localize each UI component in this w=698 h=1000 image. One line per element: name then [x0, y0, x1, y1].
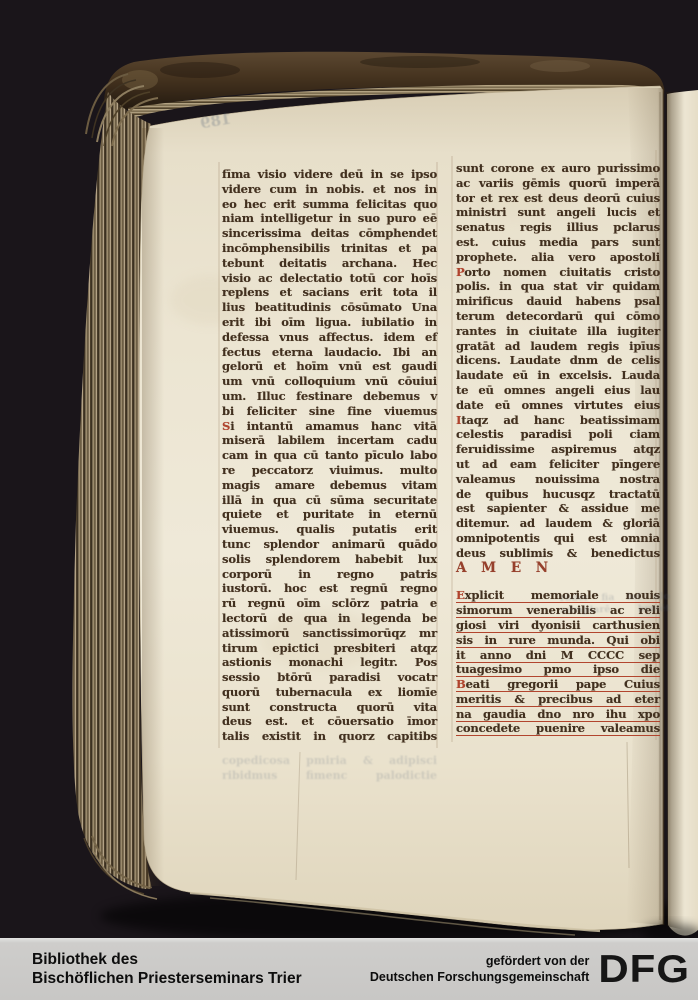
- manuscript-text-line: defessa vnus affectus. idem ef: [222, 330, 437, 345]
- manuscript-text-line: bi feliciter sine fine viuemus: [222, 404, 437, 419]
- manuscript-text-line: sunt corone ex auro purissimo: [456, 161, 660, 176]
- manuscript-text-line: est sapienter & assidue me: [456, 501, 660, 516]
- manuscript-text-line: viuemus. qualis putatis erit: [222, 522, 437, 537]
- manuscript-text-line: lius beatitudinis cōsūmato Una: [222, 300, 437, 315]
- dfg-logo: DFG: [598, 950, 690, 989]
- manuscript-text-line: Si intantū amamus hanc vitā: [222, 419, 437, 434]
- manuscript-text-line: visio ac delectatio totū cor hoīs: [222, 271, 437, 286]
- manuscript-text-line: ac variis gēmis quorū imperā: [456, 176, 660, 191]
- manuscript-text-line: rū regnū oīm sclōrz patria e: [222, 596, 437, 611]
- manuscript-text-line: eo hec erit summa felicitas quo: [222, 197, 437, 212]
- manuscript-text-line: re peccatorz viuimus. multo: [222, 463, 437, 478]
- manuscript-text-line: est. cuius media pars sunt: [456, 235, 660, 250]
- manuscript-text-line: sis in rure munda. Qui obi: [456, 633, 660, 648]
- leather-scuff: [530, 60, 590, 72]
- manuscript-column-left: fīma visio videre deū in se ipsovidere c…: [222, 167, 437, 744]
- funding-credit: gefördert von der Deutschen Forschungsge…: [370, 953, 590, 985]
- manuscript-text-line: um vnū colloquium vnū cōuiui: [222, 374, 437, 389]
- manuscript-text-line: Itaqz ad hanc beatissimam: [456, 413, 660, 428]
- manuscript-text-line: niam intelligetur in suo puro eē: [222, 211, 437, 226]
- manuscript-text-line: tebunt deitatis archana. Hec: [222, 256, 437, 271]
- manuscript-text-line: iustorū. hoc est regnū regno: [222, 581, 437, 596]
- manuscript-text-line: tuagesimo pmo ipso die: [456, 662, 660, 677]
- funding-credit-line1: gefördert von der: [370, 953, 590, 969]
- digitized-manuscript-viewer: 189 fīma visio videre deū in se ipsovide…: [0, 0, 698, 1000]
- facing-page-gutter-shadow: [666, 91, 684, 930]
- manuscript-text-line: sincerissima deitas cōmphendet: [222, 226, 437, 241]
- manuscript-text-line: concedete puenire valeamus: [456, 721, 660, 736]
- manuscript-text-line: erit ibi oīm ligua. iubilatio in: [222, 315, 437, 330]
- manuscript-text-line: deus est. et cōuersatio īmor: [222, 714, 437, 729]
- manuscript-text-line: cam in qua cū tanto pīculo labo: [222, 448, 437, 463]
- manuscript-text-line: te eū omnes angeli eius lau: [456, 383, 660, 398]
- manuscript-text-line: Porto nomen ciuitatis cristo: [456, 265, 660, 280]
- manuscript-text-line: na gaudia dno nro ihu xpo: [456, 707, 660, 722]
- library-name: Bibliothek des Bischöflichen Priestersem…: [32, 950, 302, 988]
- footer-bar: Bibliothek des Bischöflichen Priestersem…: [0, 938, 698, 1000]
- manuscript-text-line: deus sublimis & benedictus: [456, 546, 660, 561]
- manuscript-text-line: solis splendorem habebit lux: [222, 552, 437, 567]
- manuscript-text-line: atissimorū sanctissimorūqz mr: [222, 626, 437, 641]
- manuscript-text-line: laudate eū in excelsis. Lauda: [456, 368, 660, 383]
- manuscript-text-line: mirificus dauid habens psal: [456, 294, 660, 309]
- manuscript-text-line: sessio btōrū paradisi vocatr: [222, 670, 437, 685]
- leather-wear-mark: [360, 56, 480, 68]
- manuscript-text-line: Explicit memoriale nouis: [456, 588, 660, 603]
- manuscript-text-line: miserā labilem incertam cadu: [222, 433, 437, 448]
- manuscript-text-line: valeamus nouissima nostra: [456, 472, 660, 487]
- manuscript-text-line: polis. in qua stat vir quidam: [456, 279, 660, 294]
- manuscript-text-line: quiete et puritate in eternū: [222, 507, 437, 522]
- manuscript-text-line: sunt constructa quorū vita: [222, 700, 437, 715]
- manuscript-text-line: gelorū et hoīm vnū est gaudi: [222, 359, 437, 374]
- manuscript-text-line: de quibus hucusqz tractatū: [456, 487, 660, 502]
- manuscript-text-line: incōmphensibilis trinitas et pa: [222, 241, 437, 256]
- funding-credit-line2: Deutschen Forschungsgemeinschaft: [370, 969, 590, 985]
- leather-wear-mark: [160, 62, 240, 78]
- manuscript-text-line: feruidissime aspiremus atqz: [456, 442, 660, 457]
- library-name-line2: Bischöflichen Priesterseminars Trier: [32, 969, 302, 988]
- manuscript-text-line: magis amare debemus vitam: [222, 478, 437, 493]
- manuscript-text-line: fectus eterna laudacio. Ibi an: [222, 345, 437, 360]
- manuscript-text-line: tor et rex est deus deorū cuius: [456, 191, 660, 206]
- manuscript-text-line: omnipotentis qui est omnia: [456, 531, 660, 546]
- manuscript-text-line: it anno dni M CCCC sep: [456, 648, 660, 663]
- manuscript-text-line: rantes in ciuitate illa iugiter: [456, 324, 660, 339]
- manuscript-text-line: senatus regis illius pclarus: [456, 220, 660, 235]
- manuscript-column-right: sunt corone ex auro purissimoac variis g…: [456, 161, 660, 736]
- manuscript-text-line: ministri sunt angeli lucis et: [456, 205, 660, 220]
- manuscript-text-line: illā in qua cū sūma securitate: [222, 493, 437, 508]
- manuscript-text-line: celestis paradisi poli ciam: [456, 427, 660, 442]
- manuscript-text-line: astionis monachi legitr. Pos: [222, 655, 437, 670]
- manuscript-text-line: corporū in regno patris: [222, 567, 437, 582]
- manuscript-text-line: tunc splendor animarū quādo: [222, 537, 437, 552]
- manuscript-text-line: ditemur. ad laudem & gloriā: [456, 516, 660, 531]
- manuscript-text-line: lectorū de qua in legenda be: [222, 611, 437, 626]
- manuscript-text-line: Beati gregorii pape Cuius: [456, 677, 660, 692]
- manuscript-text-line: quorū tubernacula ex liomīe: [222, 685, 437, 700]
- manuscript-text-line: A M E N: [456, 561, 660, 576]
- manuscript-text-line: dicens. Laudate dnm de celis: [456, 353, 660, 368]
- manuscript-text-line: videre cum in nobis. et nos in: [222, 182, 437, 197]
- manuscript-text-line: date eū omnes virtutes eius: [456, 398, 660, 413]
- manuscript-text-line: meritis & precibus ad eter: [456, 692, 660, 707]
- manuscript-text-line: simorum venerabilis ac reli: [456, 603, 660, 618]
- manuscript-text-line: tirum epictici presbiteri atqz: [222, 641, 437, 656]
- manuscript-text-line: ut ad eam feliciter pīngere: [456, 457, 660, 472]
- manuscript-text-line: um. Illuc festinare debemus v: [222, 389, 437, 404]
- manuscript-text-line: prophete. alia vero apostoli: [456, 250, 660, 265]
- gutter-left-shading: [142, 128, 164, 886]
- manuscript-text-line: replens et sacians erit tota il: [222, 285, 437, 300]
- manuscript-text-line: giosi viri dyonisii carthusien: [456, 618, 660, 633]
- manuscript-text-line: gratāt ad laudem regis ipīus: [456, 339, 660, 354]
- manuscript-text-line: fīma visio videre deū in se ipso: [222, 167, 437, 182]
- manuscript-text-line: talis existit in quorz capitibs: [222, 729, 437, 744]
- library-name-line1: Bibliothek des: [32, 950, 302, 969]
- manuscript-text-line: terum detecordarū qui cōmo: [456, 309, 660, 324]
